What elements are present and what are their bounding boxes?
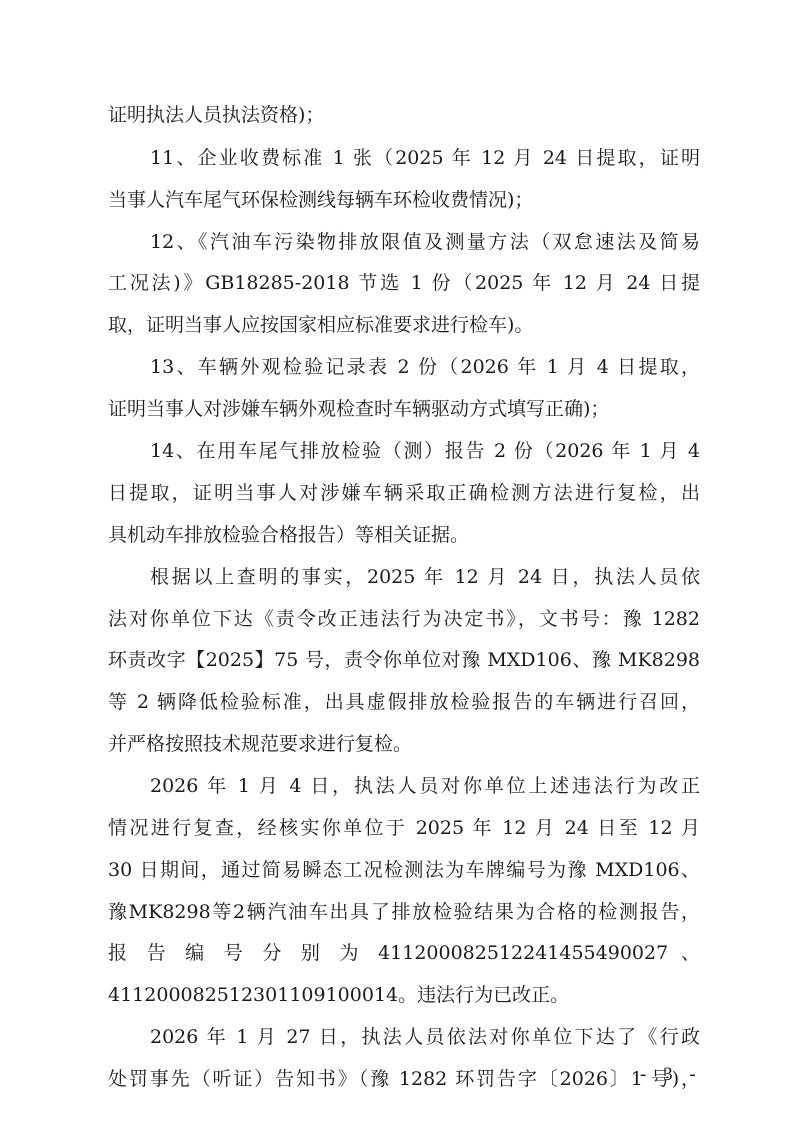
text-line: 2026 年 1 月 4 日，执法人员对你单位上述违法行为改正 (150, 771, 700, 801)
text-line: 并严格按照技术规范要求进行复检。 (108, 729, 700, 759)
text-line: 情况进行复查，经核实你单位于 2025 年 12 月 24 日至 12 月 (108, 813, 700, 843)
text-line: 13、车辆外观检验记录表 2 份（2026 年 1 月 4 日提取， (150, 352, 700, 382)
text-line: 法对你单位下达《责令改正违法行为决定书》，文书号：豫 1282 (108, 604, 700, 634)
text-line: 处罚事先（听证）告知书》（豫 1282 环罚告字〔2026〕1 号)， (108, 1064, 700, 1094)
text-line: 30 日期间，通过简易瞬态工况检测法为车牌编号为豫 MXD106、 (108, 855, 700, 885)
text-line: 具机动车排放检验合格报告）等相关证据。 (108, 520, 700, 550)
text-line: 根据以上查明的事实，2025 年 12 月 24 日，执法人员依 (150, 562, 700, 592)
text-line: 11、企业收费标准 1 张（2025 年 12 月 24 日提取，证明 (150, 143, 700, 173)
text-line: 豫MK8298等2辆汽油车出具了排放检验结果为合格的检测报告， (108, 897, 700, 927)
text-line: 取，证明当事人应按国家相应标准要求进行检车)。 (108, 310, 700, 340)
text-line: 环责改字【2025】75 号，责令你单位对豫 MXD106、豫 MK8298 (108, 645, 700, 675)
text-line: 日提取，证明当事人对涉嫌车辆采取正确检测方法进行复检，出 (108, 478, 700, 508)
text-line: 报 告 编 号 分 别 为 411200082512241455490027 、 (108, 938, 700, 968)
text-line: 411200082512301109100014。违法行为已改正。 (108, 980, 700, 1010)
text-line: 12、《汽油车污染物排放限值及测量方法（双怠速法及简易 (150, 227, 700, 257)
text-line: 当事人汽车尾气环保检测线每辆车环检收费情况)； (108, 185, 700, 215)
text-line: 证明执法人员执法资格)； (108, 100, 700, 130)
text-line: 14、在用车尾气排放检验（测）报告 2 份（2026 年 1 月 4 (150, 436, 700, 466)
text-line: 2026 年 1 月 27 日，执法人员依法对你单位下达了《行政 (150, 1022, 700, 1052)
page-number: - 3 - (640, 1060, 702, 1090)
text-line: 工况法)》GB18285-2018 节选 1 份（2025 年 12 月 24 … (108, 268, 700, 298)
text-line: 等 2 辆降低检验标准，出具虚假排放检验报告的车辆进行召回， (108, 687, 700, 717)
document-page: 证明执法人员执法资格)；11、企业收费标准 1 张（2025 年 12 月 24… (0, 0, 793, 1122)
text-line: 证明当事人对涉嫌车辆外观检查时车辆驱动方式填写正确)； (108, 394, 700, 424)
